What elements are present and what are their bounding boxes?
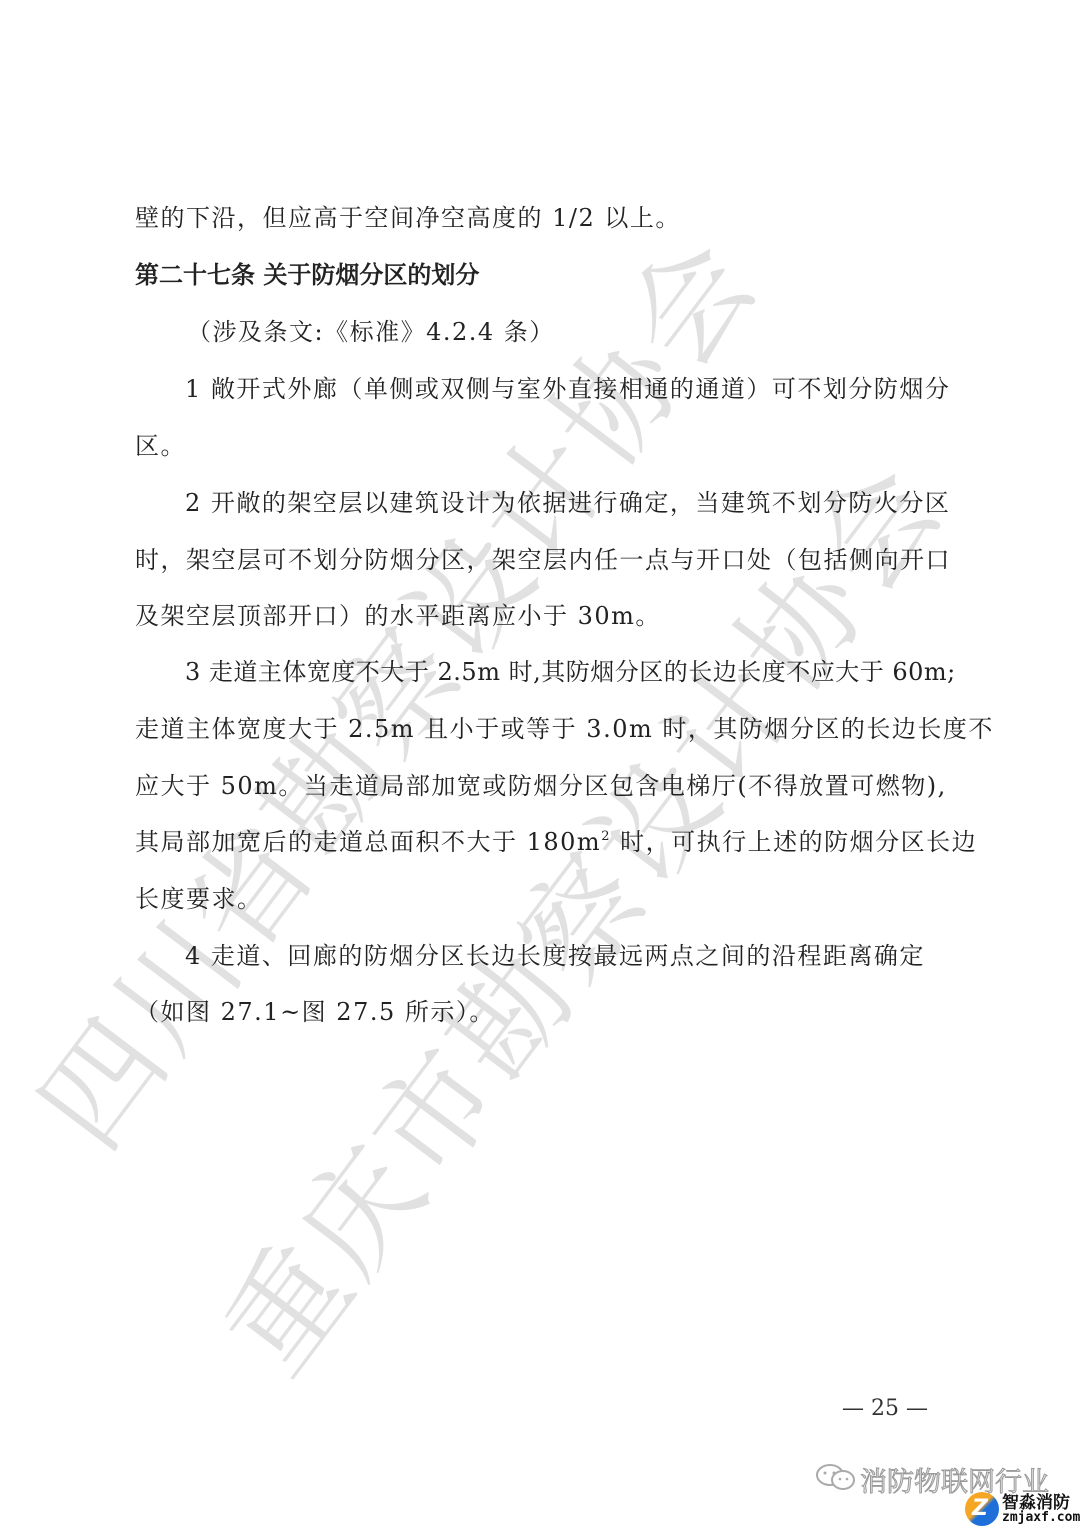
- item-4-line-1: 4 走道、回廊的防烟分区长边长度按最远两点之间的沿程距离确定: [135, 941, 925, 971]
- item-4-line-2: （如图 27.1~图 27.5 所示）。: [135, 997, 495, 1027]
- item-3-line-3: 应大于 50m。当走道局部加宽或防烟分区包含电梯厅(不得放置可燃物),: [135, 771, 947, 801]
- page-number: — 25 —: [842, 1396, 928, 1421]
- item-3-line-1: 3 走道主体宽度不大于 2.5m 时,其防烟分区的长边长度不应大于 60m;: [135, 657, 956, 687]
- item-1-line-2: 区。: [135, 431, 186, 461]
- item-1-line-1: 1 敞开式外廊（单侧或双侧与室外直接相通的通道）可不划分防烟分: [135, 374, 950, 404]
- item-2-line-3: 及架空层顶部开口）的水平距离应小于 30m。: [135, 601, 661, 631]
- brand-logo-icon: Z: [965, 1492, 999, 1526]
- item-3-line-4: 其局部加宽后的走道总面积不大于 180m2 时，可执行上述的防烟分区长边: [135, 827, 977, 857]
- item-3-line-4-text: 其局部加宽后的走道总面积不大于 180m: [135, 828, 601, 856]
- item-3-line-2: 走道主体宽度大于 2.5m 且小于或等于 3.0m 时，其防烟分区的长边长度不: [135, 714, 994, 744]
- brand-url: zmjaxf.com: [1002, 1510, 1080, 1525]
- item-3-line-4-tail: 时，可执行上述的防烟分区长边: [611, 828, 977, 856]
- item-2-line-2: 时，架空层可不划分防烟分区，架空层内任一点与开口处（包括侧向开口: [135, 545, 951, 575]
- article-heading: 第二十七条 关于防烟分区的划分: [135, 260, 479, 290]
- item-2-line-1: 2 开敞的架空层以建筑设计为依据进行确定，当建筑不划分防火分区: [135, 488, 950, 518]
- brand-badge: Z 智淼消防 zmjaxf.com: [965, 1490, 1080, 1527]
- article-reference: （涉及条文:《标准》4.2.4 条）: [135, 317, 555, 347]
- superscript-2: 2: [601, 829, 611, 844]
- continuation-text: 壁的下沿，但应高于空间净空高度的 1/2 以上。: [135, 203, 681, 233]
- item-3-line-5: 长度要求。: [135, 884, 263, 914]
- wechat-icon: [815, 1462, 859, 1490]
